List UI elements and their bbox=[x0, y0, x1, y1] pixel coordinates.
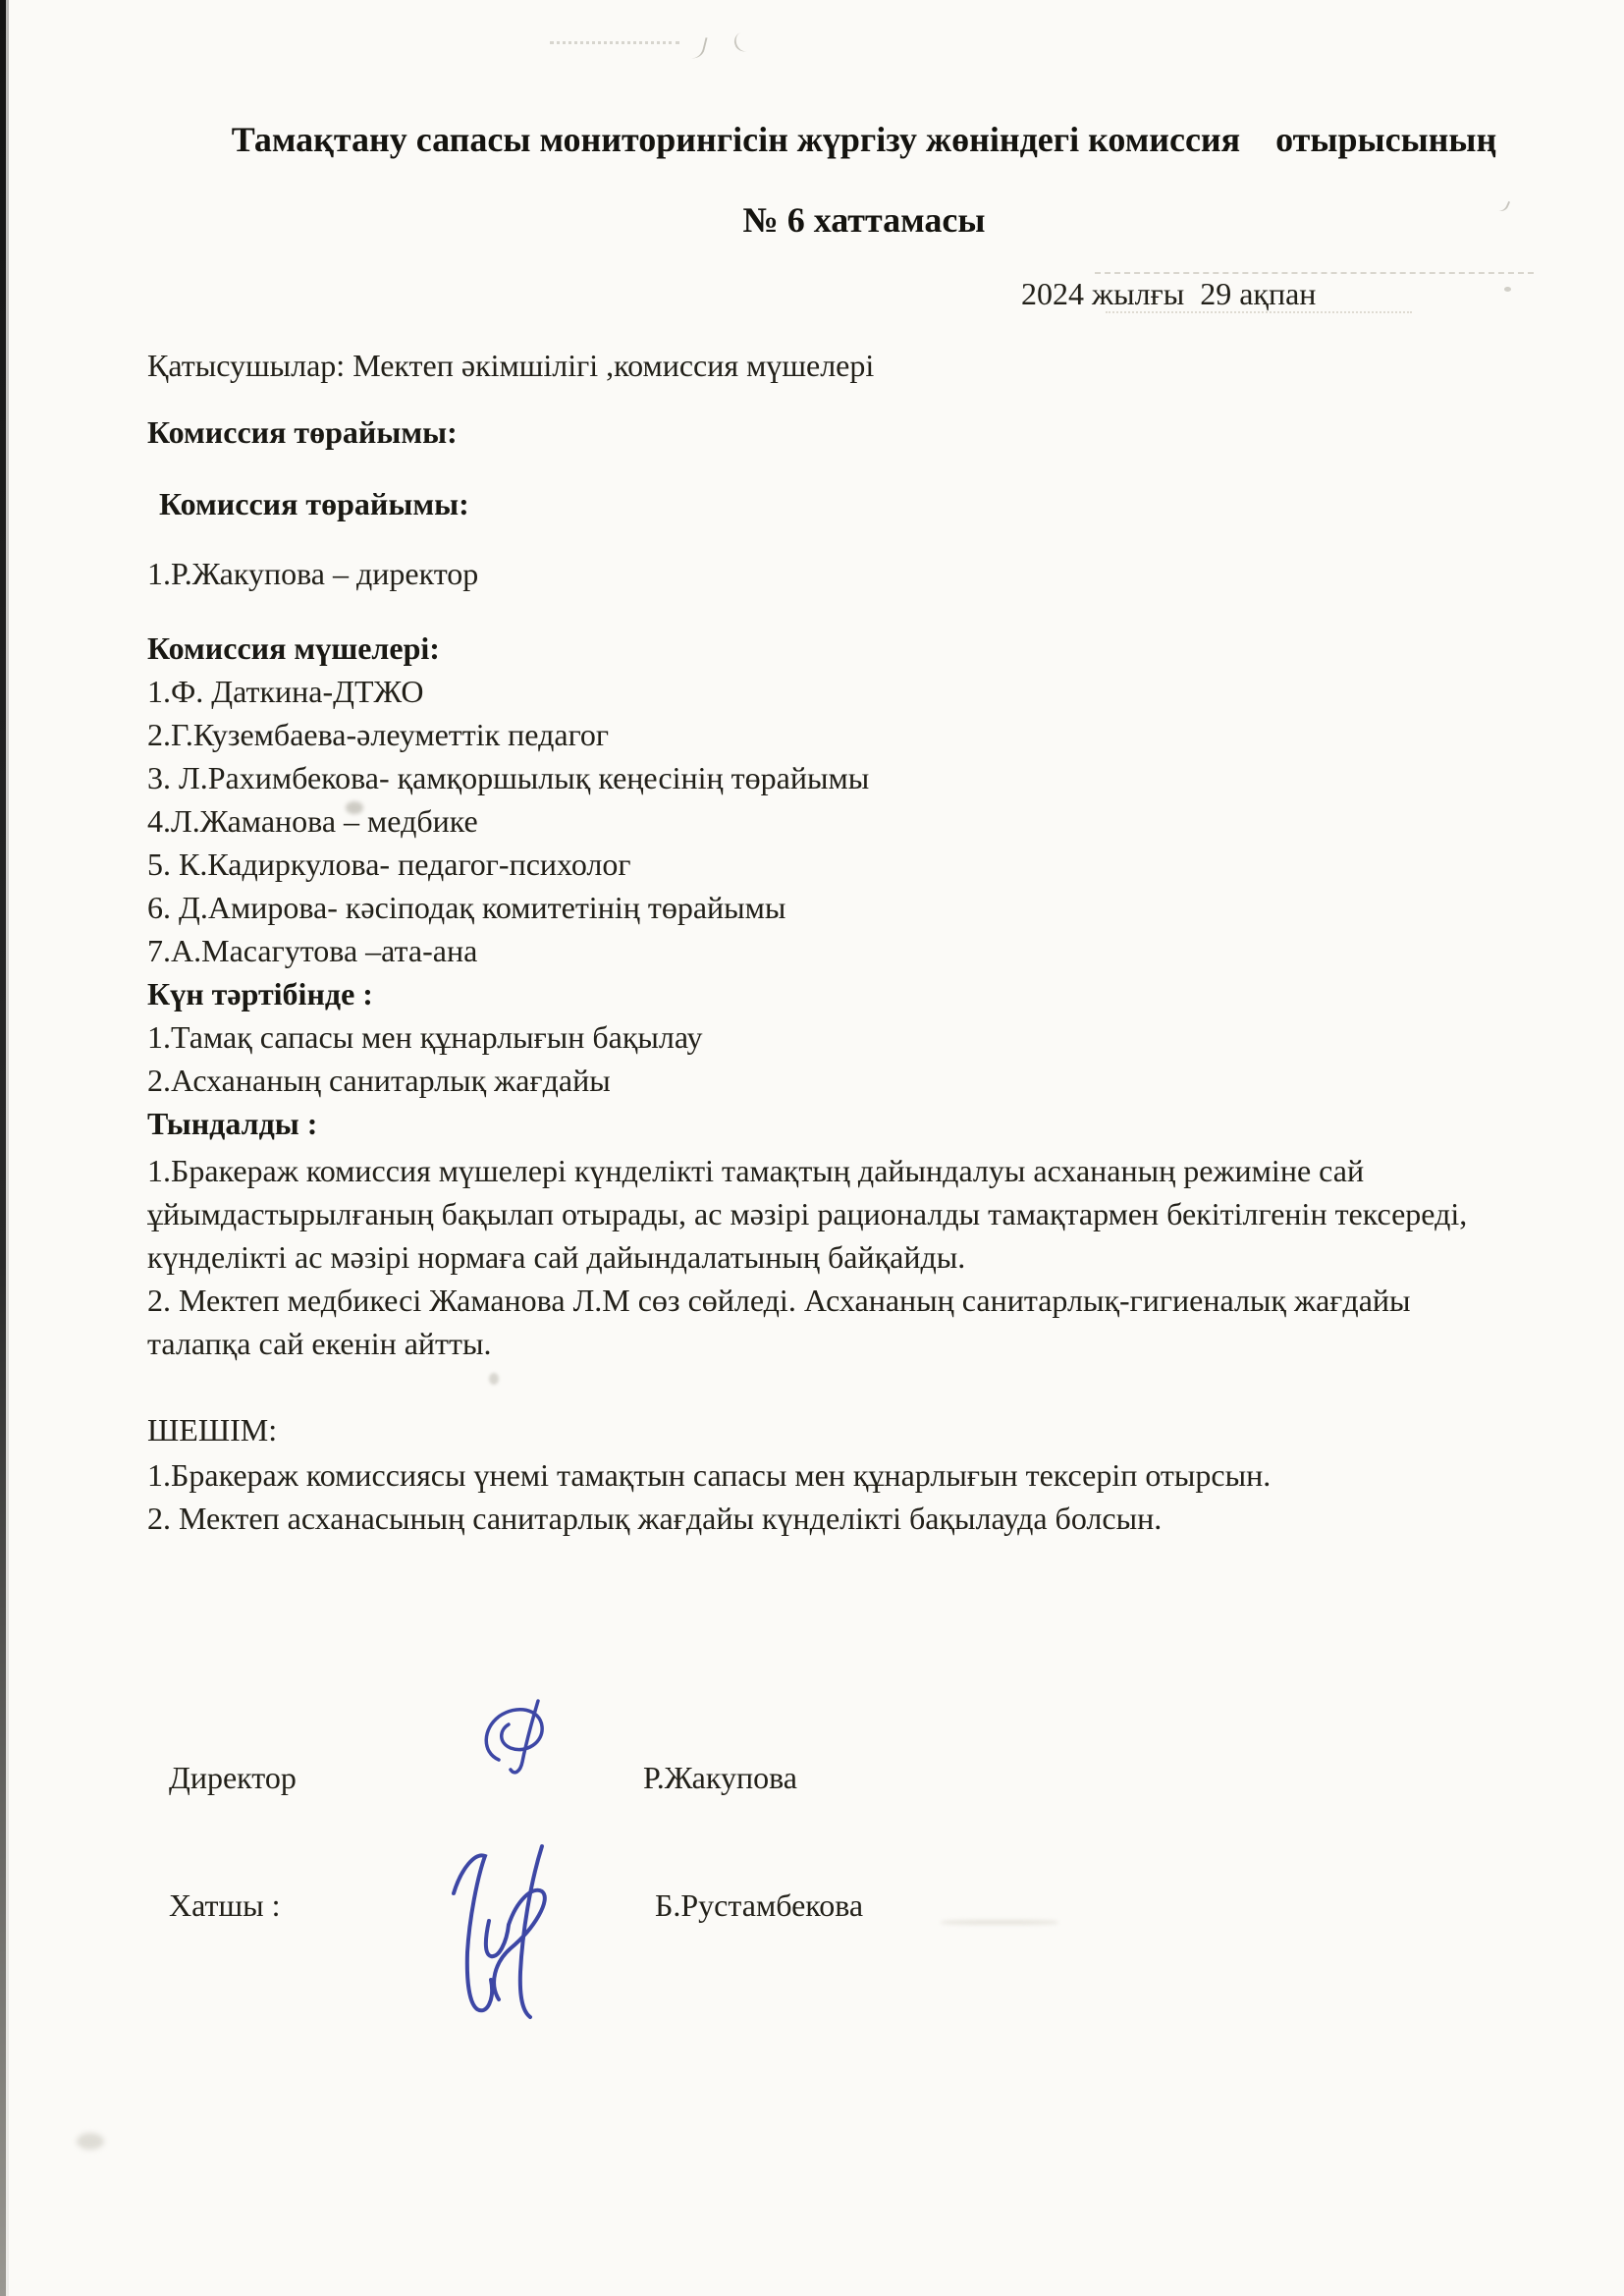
chair-heading-1: Комиссия төрайымы: bbox=[147, 412, 458, 452]
member-item: 7.А.Масагутова –ата-ана bbox=[147, 931, 477, 970]
document-title-line1: Тамақтану сапасы мониторингісін жүргізу … bbox=[98, 118, 1624, 161]
director-label: Директор bbox=[169, 1758, 297, 1797]
agenda-heading: Күн тәртібінде : bbox=[147, 974, 373, 1013]
scan-artifact-smudge bbox=[489, 1373, 499, 1385]
secretary-signature bbox=[432, 1834, 589, 2041]
member-item: 3. Л.Рахимбекова- қамқоршылық кеңесінің … bbox=[147, 758, 869, 797]
chair-heading-2: Комиссия төрайымы: bbox=[159, 484, 469, 523]
member-item: 2.Г.Кузембаева-әлеуметтік педагог bbox=[147, 715, 609, 754]
heard-text-line: талапқа сай екенін айтты. bbox=[147, 1324, 492, 1363]
scanned-protocol-document: Тамақтану сапасы мониторингісін жүргізу … bbox=[0, 0, 1624, 2296]
heard-text-line: ұйымдастырылғаның бақылап отырады, ас мә… bbox=[147, 1194, 1467, 1233]
member-item: 5. К.Кадиркулова- педагог-психолог bbox=[147, 845, 630, 884]
document-date: 2024 жылғы 29 ақпан bbox=[1021, 274, 1316, 313]
secretary-name: Б.Рустамбекова bbox=[655, 1886, 863, 1925]
decision-line: 1.Бракераж комиссиясы үнемі тамақтын сап… bbox=[147, 1455, 1271, 1495]
member-item: 6. Д.Амирова- кәсіподақ комитетінің төра… bbox=[147, 888, 785, 927]
scan-artifact-smudge bbox=[77, 2133, 104, 2150]
member-item: 1.Ф. Даткина-ДТЖО bbox=[147, 672, 423, 711]
heard-text-line: 2. Мектеп медбикесі Жаманова Л.М сөз сөй… bbox=[147, 1281, 1411, 1320]
scan-artifact-mark bbox=[731, 30, 752, 54]
document-title-line2: № 6 хаттамасы bbox=[98, 198, 1624, 242]
director-signature bbox=[469, 1691, 568, 1789]
heard-text-line: күнделікті ас мәзірі нормаға сай дайында… bbox=[147, 1237, 965, 1277]
secretary-signature-stroke bbox=[494, 1846, 545, 2017]
director-signature-stroke bbox=[511, 1701, 538, 1773]
scan-artifact-smudge bbox=[941, 1920, 1058, 1925]
agenda-item: 1.Тамақ сапасы мен құнарлығын бақылау bbox=[147, 1017, 702, 1057]
scan-edge-shadow bbox=[6, 0, 9, 2296]
director-name: Р.Жакупова bbox=[643, 1758, 797, 1797]
secretary-label: Хатшы : bbox=[169, 1886, 281, 1925]
participants-line: Қатысушылар: Мектеп әкімшілігі ,комиссия… bbox=[147, 346, 874, 385]
members-heading: Комиссия мүшелері: bbox=[147, 629, 440, 668]
decision-line: 2. Мектеп асханасының санитарлық жағдайы… bbox=[147, 1499, 1162, 1538]
agenda-item: 2.Асхананың санитарлық жағдайы bbox=[147, 1061, 611, 1100]
heard-text-line: 1.Бракераж комиссия мүшелері күнделікті … bbox=[147, 1151, 1364, 1190]
chair-name: 1.Р.Жакупова – директор bbox=[147, 554, 478, 593]
scan-artifact-mark bbox=[684, 33, 707, 61]
heard-heading: Тындалды : bbox=[147, 1104, 317, 1143]
decision-heading: ШЕШІМ: bbox=[147, 1410, 277, 1449]
scan-artifact-streak bbox=[550, 41, 679, 44]
scan-artifact-speck bbox=[1504, 287, 1511, 292]
member-item: 4.Л.Жаманова – медбике bbox=[147, 801, 478, 841]
